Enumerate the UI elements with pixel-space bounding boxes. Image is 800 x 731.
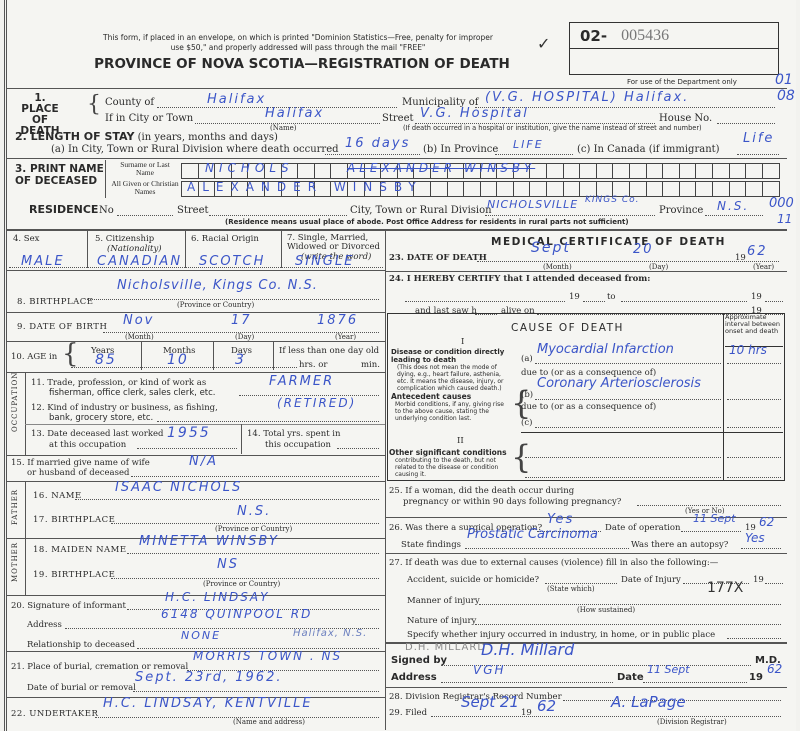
cause-a-field[interactable]: Myocardial Infarction [535, 354, 721, 364]
accident-label: Accident, suicide or homicide? [407, 575, 539, 585]
q26-date-label: Date of operation [605, 523, 680, 533]
findings-label: State findings [401, 540, 461, 550]
dod-month-note: (Month) [543, 263, 572, 271]
institution-note: (If death occurred in a hospital or inst… [403, 124, 702, 132]
injury-date-label: Date of Injury [621, 575, 681, 585]
stay-a-label: (a) In City, Town or Rural Division wher… [51, 144, 339, 155]
signature-date-label: Date [617, 672, 644, 683]
attended-from-year[interactable] [583, 292, 605, 302]
county-label: County of [105, 97, 154, 108]
accident-field[interactable] [545, 574, 617, 584]
age-years-value[interactable]: 85 [95, 352, 117, 368]
sex-value[interactable]: MALE [21, 254, 65, 269]
injury-19: 19 [753, 575, 764, 585]
signature-year-prefix: 19 [749, 672, 763, 683]
other-conditions-field-1[interactable] [525, 448, 721, 458]
age-days-value[interactable]: 3 [235, 352, 246, 368]
other-interval-2[interactable] [727, 468, 781, 478]
attended-to-field[interactable] [621, 292, 747, 302]
part-one-label: I [461, 337, 464, 347]
date-of-death-label: 23. DATE OF DEATH [389, 253, 487, 263]
given-names-value: ALEXANDER WINSBY [187, 180, 423, 194]
other-conditions-field-2[interactable] [525, 468, 721, 478]
mailing-notice: This form, if placed in an envelope, on … [63, 33, 533, 53]
cause-a-label: (a) [521, 354, 533, 364]
how-sustained-note: (How sustained) [577, 606, 635, 614]
city-field[interactable]: Halifax [195, 112, 380, 124]
surname-value: NICHOLS [205, 161, 294, 175]
q25-sub: pregnancy or within 90 days following pr… [403, 497, 621, 507]
burial-date-label: Date of burial or removal [27, 683, 136, 693]
informant-address-city: Halifax, N.S. [293, 628, 367, 639]
attended-to-19: 19 [751, 292, 762, 302]
cause-c-interval[interactable] [727, 418, 781, 428]
mother-birthplace-note: (Province or Country) [203, 580, 280, 588]
residence-street-label: Street [177, 205, 209, 216]
signature-date-field[interactable]: 11 Sept [643, 671, 747, 683]
doctor-stamp: D.H. MILLARD [405, 642, 486, 653]
residence-city-field[interactable]: NICHOLSVILLE KINGS Co. [485, 204, 655, 216]
cause-of-death-title: CAUSE OF DEATH [511, 322, 624, 334]
form-title: PROVINCE OF NOVA SCOTIA—REGISTRATION OF … [67, 56, 537, 72]
q11-label: 11. Trade, profession, or kind of work a… [31, 378, 206, 388]
dob-month-note: (Month) [125, 333, 154, 341]
dob-field[interactable]: Nov 17 1876 [103, 321, 379, 333]
age-hrs-label: hrs. or [299, 360, 327, 370]
date-of-death-field[interactable]: Sept 20 19 62 [477, 252, 779, 262]
q13-sub: at this occupation [49, 440, 126, 450]
q12-sub: bank, grocery store, etc. [49, 413, 153, 423]
father-birthplace-field[interactable]: N.S. [111, 514, 379, 524]
sex-label: 4. Sex [13, 234, 39, 244]
undertaker-field[interactable]: H.C. LINDSAY, KENTVILLE [95, 708, 379, 718]
birthplace-field[interactable]: Nicholsville, Kings Co. N.S. [87, 288, 379, 300]
other-conditions-note: contributing to the death, but not relat… [395, 457, 513, 478]
length-of-stay-label: 2. LENGTH OF STAY [15, 130, 134, 143]
q14-field[interactable] [337, 439, 379, 449]
print-name-label: 3. PRINT NAME OF DECEASED [15, 163, 105, 187]
q13-label: 13. Date deceased last worked [31, 429, 163, 439]
birthplace-note: (Province or Country) [177, 301, 254, 309]
occupation-side-label: OCCUPATION [11, 372, 19, 432]
filed-label: 29. Filed [389, 708, 427, 718]
racial-origin-value[interactable]: SCOTCH [199, 254, 265, 269]
cause-c-field[interactable] [535, 418, 721, 428]
registrar-note: (Division Registrar) [657, 718, 727, 726]
antecedent-label: Antecedent causes [391, 392, 471, 401]
stay-c-label: (c) In Canada (if immigrant) [577, 144, 720, 155]
age-less-label: If less than one day old [279, 346, 379, 356]
surname-label: Surname or Last Name [111, 161, 179, 177]
street-label: Street [382, 113, 414, 124]
informant-address-label: Address [27, 620, 62, 630]
antecedent-note: Morbid conditions, if any, giving rise t… [395, 401, 511, 422]
residence-province-label: Province [659, 205, 703, 216]
attended-from-field[interactable] [405, 292, 565, 302]
manner-mark: 177X [707, 580, 743, 596]
cause-a-interval[interactable]: 10 hrs [727, 354, 781, 364]
citizenship-sub: (Nationality) [107, 244, 162, 254]
dod-year-note: (Year) [753, 263, 774, 271]
dob-label: 9. DATE OF BIRTH [17, 322, 107, 332]
death-registration-form: This form, if placed in an envelope, on … [4, 0, 796, 731]
residence-no-label: No [99, 205, 114, 216]
other-interval-1[interactable] [727, 448, 781, 458]
dob-year-note: (Year) [335, 333, 356, 341]
cause-b-label: (b) [521, 390, 533, 400]
marital-status-value[interactable]: SINGLE [295, 254, 354, 269]
brace: { [87, 94, 101, 116]
attended-to-label: to [607, 292, 616, 302]
dept-use-note: For use of the Department only [627, 78, 737, 86]
length-of-stay-note: (in years, months and days) [138, 132, 278, 143]
dept-code-1: 01 [775, 73, 793, 87]
father-side-label: FATHER [11, 489, 19, 525]
spouse-label: 15. If married give name of wife [11, 458, 150, 468]
racial-origin-label: 6. Racial Origin [191, 234, 259, 244]
informant-sig-label: 20. Signature of informant [11, 601, 126, 611]
q14-label: 14. Total yrs. spent in [247, 429, 341, 439]
certify-label: 24. I HEREBY CERTIFY that I attended dec… [389, 274, 650, 284]
length-of-stay-heading: 2. LENGTH OF STAY (in years, months and … [15, 130, 278, 143]
mother-maiden-label: 18. MAIDEN NAME [33, 545, 127, 555]
q26-year-value: 62 [759, 515, 774, 529]
house-no-label: House No. [659, 113, 712, 124]
part-two-label: II [457, 436, 464, 446]
nature-label: Nature of injury [407, 616, 476, 626]
given-names-label: All Given or Christian Names [111, 180, 179, 196]
q25-label: 25. If a woman, did the death occur duri… [389, 486, 574, 496]
mother-maiden-field[interactable]: MINETTA WINSBY [127, 544, 379, 554]
interval-header: Approximate interval between onset and d… [725, 314, 785, 335]
burial-date-field[interactable]: Sept. 23rd, 1962. [133, 682, 379, 692]
residence-city-label: City, Town or Rural Division [350, 205, 492, 216]
age-months-value[interactable]: 10 [167, 352, 189, 368]
mother-birthplace-label: 19. BIRTHPLACE [33, 570, 115, 580]
citizenship-value[interactable]: CANADIAN [97, 254, 182, 269]
registration-number-box: 02- 005436 [569, 22, 779, 75]
autopsy-field[interactable]: Yes [741, 539, 781, 549]
father-birthplace-label: 17. BIRTHPLACE [33, 515, 115, 525]
residence-street-field[interactable] [209, 204, 347, 216]
surname-struck-value: ALEXANDER WINSBY [347, 161, 535, 175]
q25-field[interactable] [637, 496, 781, 506]
specify-field[interactable] [727, 629, 781, 639]
city-label: If in City or Town [105, 113, 193, 124]
notice-line-1: This form, if placed in an envelope, on … [63, 33, 533, 43]
mother-side-label: MOTHER [11, 542, 19, 582]
dept-code-4: 11 [777, 212, 792, 226]
reg-number: 005436 [621, 27, 669, 45]
reg-prefix: 02- [580, 27, 607, 45]
mother-birthplace-field[interactable]: NS [111, 569, 379, 579]
signature-year-value: 62 [767, 662, 782, 676]
q11-sub: fisherman, office clerk, sales clerk, et… [49, 388, 216, 398]
attended-from-19: 19 [569, 292, 580, 302]
manner-label: Manner of injury [407, 596, 480, 606]
residence-label: RESIDENCE [29, 203, 98, 216]
stay-a-field[interactable]: 16 days [325, 143, 420, 155]
q12-field[interactable]: (RETIRED) [157, 412, 379, 422]
q14-sub: this occupation [265, 440, 331, 450]
undertaker-label: 22. UNDERTAKER [11, 709, 98, 719]
signature-address-field[interactable]: VGH [441, 671, 613, 683]
dept-code-2: 08 [777, 88, 795, 104]
signature-address-label: Address [391, 672, 437, 683]
house-no-field[interactable] [717, 112, 775, 124]
father-name-field[interactable]: ISAAC NICHOLS [75, 490, 379, 500]
cause-c-label: (c) [521, 418, 532, 428]
dept-code-3: 000 [769, 196, 794, 211]
street-field[interactable]: V.G. Hospital [415, 112, 655, 124]
q13-field[interactable]: 1955 [137, 439, 237, 449]
stay-b-field[interactable]: LIFE [495, 143, 573, 155]
autopsy-label: Was there an autopsy? [631, 540, 728, 550]
nature-field[interactable] [475, 615, 781, 625]
cause-b-field[interactable]: Coronary Arteriosclerosis [535, 390, 721, 400]
direct-cause-note: (This does not mean the mode of dying, e… [397, 364, 513, 392]
direct-cause-label: Disease or condition directly leading to… [391, 348, 513, 364]
age-label: 10. AGE in [11, 352, 57, 362]
relationship-label: Relationship to deceased [27, 640, 135, 650]
spouse-sub: or husband of deceased [27, 468, 129, 478]
filed-field[interactable]: Sept 21 19 62 A. LaPage [431, 707, 781, 717]
residence-no-field[interactable] [117, 204, 173, 216]
injury-year-field[interactable] [765, 574, 783, 584]
stay-b-label: (b) In Province [423, 144, 498, 155]
stay-c-field[interactable]: Life [737, 143, 779, 155]
undertaker-note: (Name and address) [233, 718, 305, 726]
residence-province-field[interactable]: N.S. [705, 204, 763, 216]
cause-b-interval[interactable] [727, 390, 781, 400]
manner-field[interactable] [479, 595, 781, 605]
state-which-note: (State which) [547, 585, 595, 593]
father-birthplace-note: (Province or Country) [215, 525, 292, 533]
q26-date-field[interactable]: 11 Sept [681, 522, 741, 532]
specify-label: Specify whether injury occurred in indus… [407, 630, 715, 640]
citizenship-label: 5. Citizenship [95, 234, 154, 244]
notice-line-2: use $50," and properly addressed will pa… [63, 43, 533, 53]
q27-label: 27. If death was due to external causes … [389, 558, 718, 568]
checkmark-icon: ✓ [537, 34, 550, 53]
findings-field[interactable]: Prostatic Carcinoma [465, 539, 629, 549]
marital-status-label: 7. Single, Married, Widowed or Divorced [287, 234, 383, 252]
other-conditions-label: Other significant conditions [389, 448, 507, 457]
signed-by-label: Signed by [391, 655, 447, 666]
medical-certificate-title: MEDICAL CERTIFICATE OF DEATH [491, 236, 726, 248]
relationship-field[interactable]: NONE [137, 639, 379, 649]
dod-day-note: (Day) [649, 263, 668, 271]
q11-field[interactable]: FARMER [239, 386, 379, 396]
due-to-label-2: due to (or as a consequence of) [521, 402, 656, 412]
spouse-field[interactable]: N/A [131, 467, 379, 477]
attended-to-year[interactable] [765, 292, 783, 302]
birthplace-label: 8. BIRTHPLACE [17, 297, 93, 307]
residence-note: (Residence means usual place of abode. P… [225, 218, 629, 226]
age-min-label: min. [361, 360, 380, 370]
dob-day-note: (Day) [235, 333, 254, 341]
